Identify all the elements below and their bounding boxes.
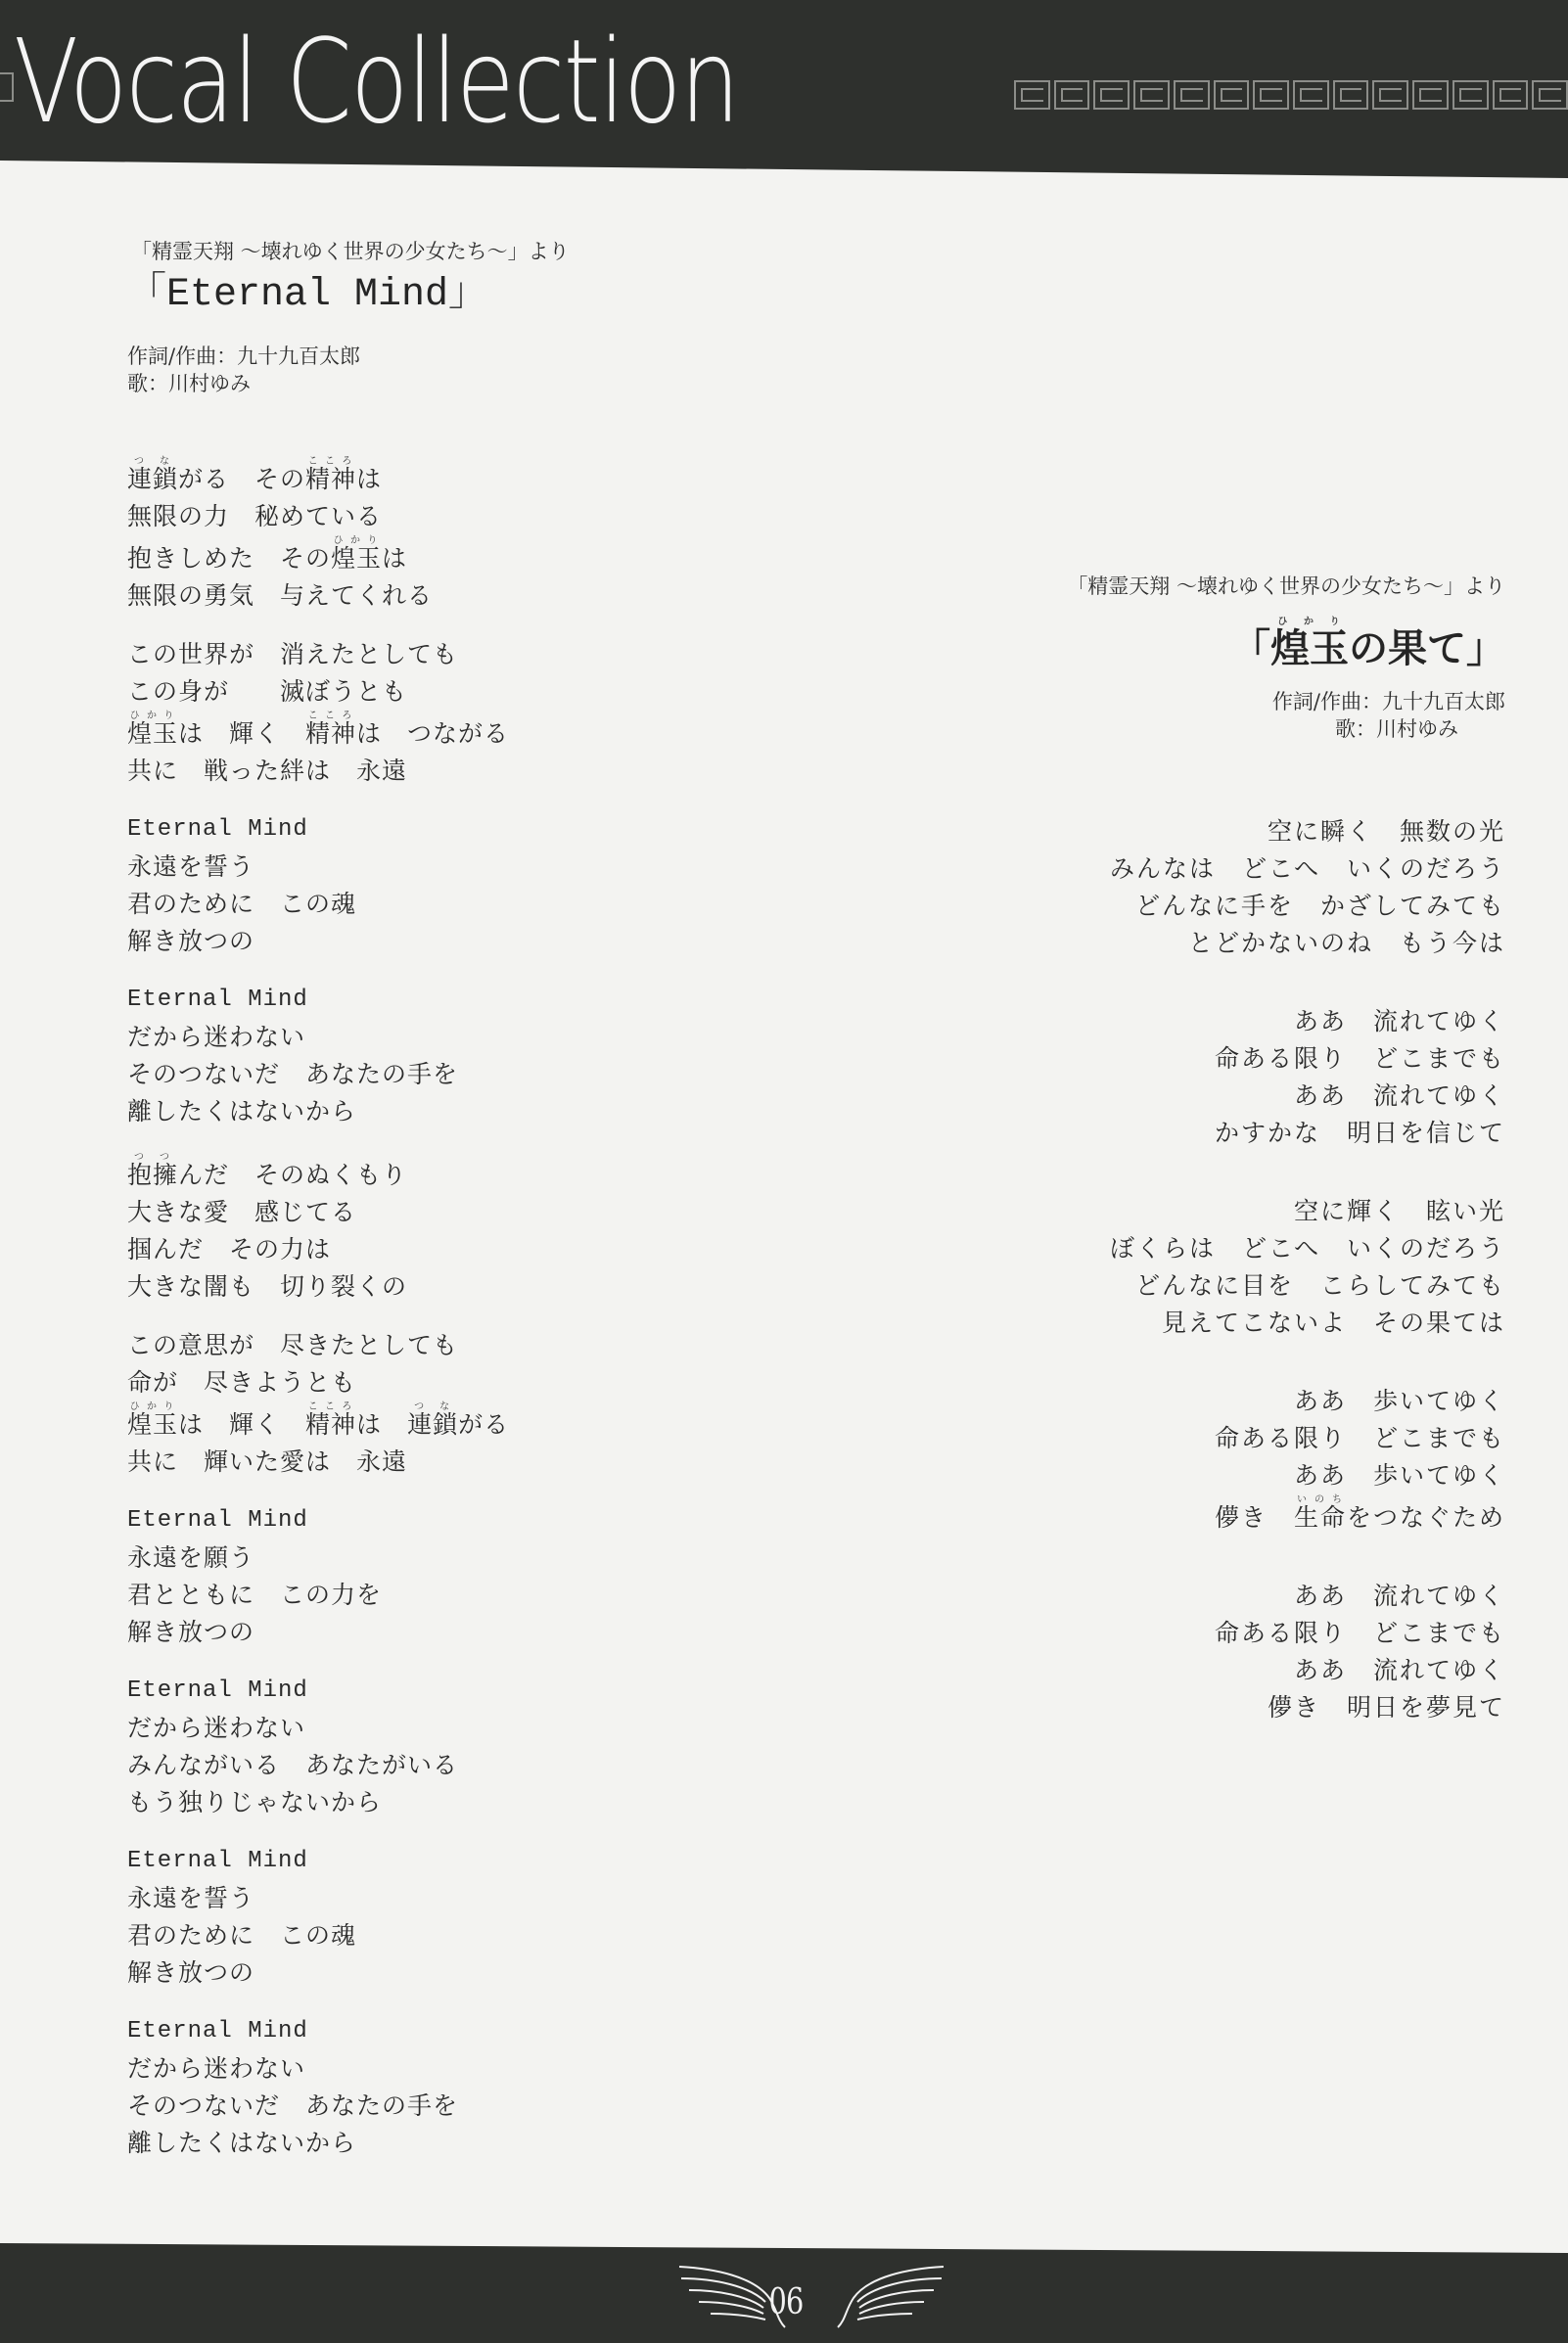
lyric-line: 連鎖つながる その精神こころは	[127, 456, 871, 498]
lyric-line: 永遠を誓う	[127, 849, 871, 886]
lyric-line: ああ 流れてゆく	[761, 1078, 1505, 1115]
lyric-line: Eternal Mind	[127, 811, 871, 849]
lyric-line: ああ 流れてゆく	[761, 1578, 1505, 1615]
lyrics: 空に瞬く 無数の光みんなは どこへ いくのだろうどんなに手を かざしてみてもとど…	[761, 813, 1505, 1726]
lyric-line: Eternal Mind	[127, 2013, 871, 2050]
lyric-line: 離したくはないから	[127, 2125, 871, 2162]
song-source: 「精霊天翔 ～壊れゆく世界の少女たち～」より	[761, 572, 1505, 601]
lyric-line: 抱きしめた その煌玉ひかりは	[127, 535, 871, 577]
lyric-line: 命ある限り どこまでも	[761, 1040, 1505, 1078]
lyric-line: Eternal Mind	[127, 1843, 871, 1880]
song-credits: 作詞/作曲：九十九百太郎 歌：川村ゆみ	[127, 343, 871, 397]
song-eternal-mind: 「精霊天翔 ～壊れゆく世界の少女たち～」より 「Eternal Mind」 作詞…	[127, 237, 871, 2183]
furigana: 煌玉ひかり	[127, 719, 178, 748]
credit-vocal: 歌：川村ゆみ	[761, 715, 1505, 743]
furigana: 生命いのち	[1294, 1503, 1347, 1532]
lyric-line: 君のために この魂	[127, 886, 871, 923]
stanza: Eternal Mindだから迷わないそのつないだ あなたの手を離したくはないか…	[127, 982, 871, 1130]
lyric-line: もう独りじゃないから	[127, 1784, 871, 1821]
furigana: 煌玉ひかり	[127, 1410, 178, 1439]
lyric-line: 儚き 生命いのちをつなぐため	[761, 1494, 1505, 1537]
lyric-line: 無限の勇気 与えてくれる	[127, 577, 871, 615]
furigana: 抱擁つつ	[127, 1161, 178, 1189]
meander-tile	[1174, 80, 1210, 110]
meander-tile	[1093, 80, 1130, 110]
stanza: Eternal Mind永遠を誓う君のために この魂解き放つの	[127, 811, 871, 960]
lyric-line: だから迷わない	[127, 1019, 871, 1056]
meander-tile	[1133, 80, 1170, 110]
meander-tile	[1014, 80, 1050, 110]
song-title: 「Eternal Mind」	[127, 270, 871, 321]
lyric-line: ぼくらは どこへ いくのだろう	[761, 1230, 1505, 1267]
lyric-line: 無限の力 秘めている	[127, 498, 871, 535]
page-title-text: Vocal Collection	[14, 14, 738, 149]
lyric-line: 大きな愛 感じてる	[127, 1194, 871, 1231]
lyric-line: 共に 輝いた愛は 永遠	[127, 1444, 871, 1481]
meander-tile	[1333, 80, 1369, 110]
meander-ornament	[1014, 80, 1568, 110]
furigana: 精神こころ	[305, 1410, 356, 1439]
furigana: 煌玉ひかり	[331, 544, 382, 573]
lyric-line: とどかないのね もう今は	[761, 925, 1505, 962]
song-source: 「精霊天翔 ～壊れゆく世界の少女たち～」より	[131, 237, 871, 266]
lyric-line: 解き放つの	[127, 1954, 871, 1992]
lyric-line: 空に瞬く 無数の光	[761, 813, 1505, 850]
song-credits: 作詞/作曲：九十九百太郎 歌：川村ゆみ	[761, 688, 1505, 743]
lyric-line: 永遠を願う	[127, 1539, 871, 1577]
stanza: 空に輝く 眩い光ぼくらは どこへ いくのだろうどんなに目を こらしてみても見えて…	[761, 1193, 1505, 1342]
page-title: Vocal Collection	[14, 18, 738, 145]
furigana: 連鎖つな	[407, 1410, 458, 1439]
furigana: 煌玉ひかり	[1270, 625, 1349, 671]
credit-vocal: 歌：川村ゆみ	[127, 370, 871, 397]
lyric-line: Eternal Mind	[127, 1502, 871, 1539]
stanza: Eternal Mindだから迷わないそのつないだ あなたの手を離したくはないか…	[127, 2013, 871, 2162]
lyric-line: 永遠を誓う	[127, 1880, 871, 1917]
stanza: この意思が 尽きたとしても命が 尽きようとも煌玉ひかりは 輝く 精神こころは 連…	[127, 1327, 871, 1481]
lyric-line: 掴んだ その力は	[127, 1231, 871, 1268]
meander-tile	[1493, 80, 1529, 110]
lyric-line: 空に輝く 眩い光	[761, 1193, 1505, 1230]
lyric-line: どんなに手を かざしてみても	[761, 888, 1505, 925]
lyric-line: この意思が 尽きたとしても	[127, 1327, 871, 1364]
stanza: Eternal Mind永遠を願う君とともに この力を解き放つの	[127, 1502, 871, 1651]
meander-tile	[1054, 80, 1090, 110]
stanza: ああ 流れてゆく命ある限り どこまでもああ 流れてゆくかすかな 明日を信じて	[761, 1003, 1505, 1152]
lyric-line: 君のために この魂	[127, 1917, 871, 1954]
lyric-line: 解き放つの	[127, 1614, 871, 1651]
meander-tile	[1214, 80, 1250, 110]
lyric-line: そのつないだ あなたの手を	[127, 1056, 871, 1093]
meander-tile	[1293, 80, 1329, 110]
lyric-line: 煌玉ひかりは 輝く 精神こころは 連鎖つながる	[127, 1401, 871, 1444]
lyric-line: 見えてこないよ その果ては	[761, 1305, 1505, 1342]
stanza: Eternal Mindだから迷わないみんながいる あなたがいるもう独りじゃない…	[127, 1673, 871, 1821]
page-number: 06	[766, 2282, 806, 2322]
song-title: 「煌玉ひかりの果て」	[761, 617, 1505, 676]
meander-tile	[1453, 80, 1489, 110]
meander-tile	[1372, 80, 1408, 110]
meander-tile	[1412, 80, 1449, 110]
lyric-line: 抱擁つつんだ そのぬくもり	[127, 1152, 871, 1194]
lyric-line: 命が 尽きようとも	[127, 1364, 871, 1401]
lyric-line: どんなに目を こらしてみても	[761, 1267, 1505, 1305]
lyric-line: ああ 歩いてゆく	[761, 1457, 1505, 1494]
lyric-line: 命ある限り どこまでも	[761, 1615, 1505, 1652]
lyric-line: この世界が 消えたとしても	[127, 636, 871, 673]
lyric-line: みんながいる あなたがいる	[127, 1747, 871, 1784]
lyric-line: 煌玉ひかりは 輝く 精神こころは つながる	[127, 711, 871, 753]
lyric-line: 共に 戦った絆は 永遠	[127, 753, 871, 790]
song-hikari-no-hate: 「精霊天翔 ～壊れゆく世界の少女たち～」より 「煌玉ひかりの果て」 作詞/作曲：…	[761, 572, 1505, 1768]
lyric-line: 君とともに この力を	[127, 1577, 871, 1614]
lyric-line: だから迷わない	[127, 1710, 871, 1747]
lyric-line: 儚き 明日を夢見て	[761, 1689, 1505, 1726]
lyric-line: Eternal Mind	[127, 1673, 871, 1710]
credit-lyrics-composition: 作詞/作曲：九十九百太郎	[761, 688, 1505, 715]
lyric-line: この身が 滅ぼうとも	[127, 673, 871, 711]
furigana: 精神こころ	[305, 465, 356, 493]
stanza: ああ 流れてゆく命ある限り どこまでもああ 流れてゆく儚き 明日を夢見て	[761, 1578, 1505, 1726]
lyric-line: 解き放つの	[127, 923, 871, 960]
stanza: ああ 歩いてゆく命ある限り どこまでもああ 歩いてゆく儚き 生命いのちをつなぐた…	[761, 1383, 1505, 1537]
lyric-line: かすかな 明日を信じて	[761, 1115, 1505, 1152]
lyric-line: ああ 流れてゆく	[761, 1003, 1505, 1040]
lyric-line: そのつないだ あなたの手を	[127, 2088, 871, 2125]
stanza: 連鎖つながる その精神こころは無限の力 秘めている抱きしめた その煌玉ひかりは無…	[127, 456, 871, 615]
stanza: Eternal Mind永遠を誓う君のために この魂解き放つの	[127, 1843, 871, 1992]
furigana: 精神こころ	[305, 719, 356, 748]
lyric-line: ああ 流れてゆく	[761, 1652, 1505, 1689]
stanza: 空に瞬く 無数の光みんなは どこへ いくのだろうどんなに手を かざしてみてもとど…	[761, 813, 1505, 962]
lyric-line: 命ある限り どこまでも	[761, 1420, 1505, 1457]
stanza: 抱擁つつんだ そのぬくもり大きな愛 感じてる掴んだ その力は大きな闇も 切り裂く…	[127, 1152, 871, 1306]
lyric-line: だから迷わない	[127, 2050, 871, 2088]
wing-icon	[830, 2263, 947, 2331]
furigana: 連鎖つな	[127, 465, 178, 493]
credit-lyrics-composition: 作詞/作曲：九十九百太郎	[127, 343, 871, 370]
lyric-line: Eternal Mind	[127, 982, 871, 1019]
lyric-line: ああ 歩いてゆく	[761, 1383, 1505, 1420]
stanza: この世界が 消えたとしてもこの身が 滅ぼうとも煌玉ひかりは 輝く 精神こころは …	[127, 636, 871, 790]
meander-tile	[1253, 80, 1289, 110]
lyric-line: みんなは どこへ いくのだろう	[761, 850, 1505, 888]
lyric-line: 離したくはないから	[127, 1093, 871, 1130]
lyric-line: 大きな闇も 切り裂くの	[127, 1268, 871, 1306]
meander-ornament-left	[0, 72, 14, 102]
meander-tile	[1532, 80, 1568, 110]
lyrics: 連鎖つながる その精神こころは無限の力 秘めている抱きしめた その煌玉ひかりは無…	[127, 456, 871, 2162]
